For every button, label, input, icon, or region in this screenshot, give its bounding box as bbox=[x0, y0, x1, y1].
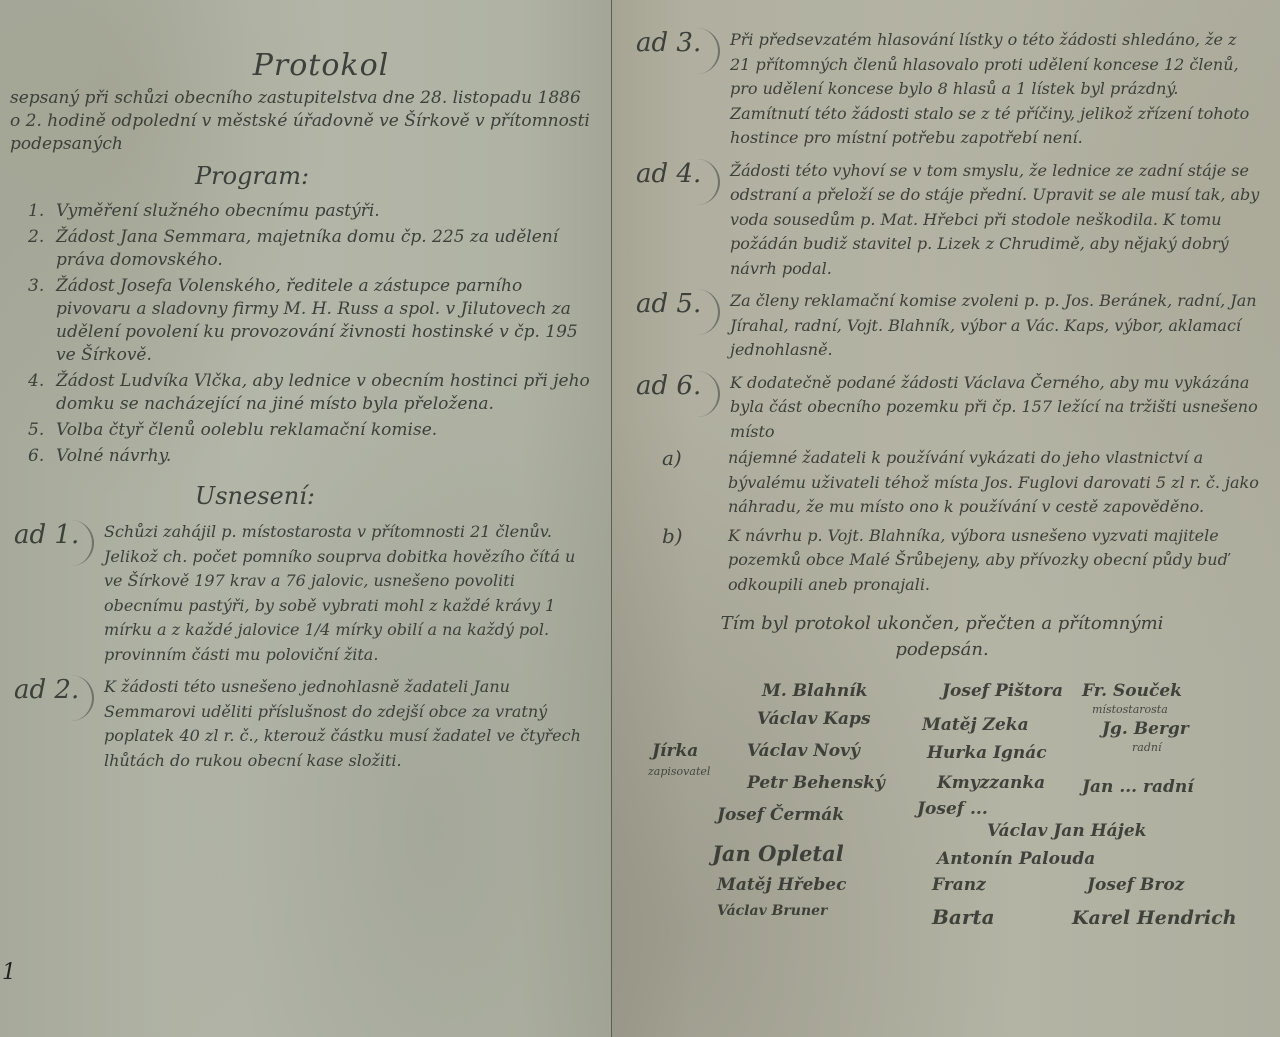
signature-role: radní bbox=[1132, 741, 1161, 754]
program-item-number: 6. bbox=[28, 445, 56, 468]
resolution-label: ad 4. bbox=[632, 159, 720, 205]
signature: Václav Nový bbox=[747, 741, 860, 761]
signature: Matěj Hřebec bbox=[717, 875, 846, 895]
signature: Petr Behenský bbox=[747, 773, 885, 793]
program-item: 6. Volné návrhy. bbox=[28, 445, 592, 468]
signature: Josef Broz bbox=[1087, 875, 1184, 895]
resolution-text: K dodatečně podané žádosti Václava Černé… bbox=[730, 371, 1260, 445]
resolution-ad-4: ad 4. Žádosti této vyhoví se v tom smysl… bbox=[632, 159, 1260, 282]
signature: Jan ... radní bbox=[1082, 777, 1194, 797]
right-page: ad 3. Při předsevzatém hlasování lístky … bbox=[612, 0, 1280, 1037]
resolution-sub-a: a) nájemné žadateli k používání vykázati… bbox=[632, 446, 1260, 520]
program-item: 1. Vyměření služného obecnímu pastýři. bbox=[28, 200, 592, 223]
closing-statement: Tím byl protokol ukončen, přečten a přít… bbox=[632, 611, 1172, 663]
program-item: 5. Volba čtyř členů ooleblu reklamační k… bbox=[28, 419, 592, 442]
document-title: Protokol bbox=[10, 48, 592, 83]
signature: Jírka bbox=[652, 741, 698, 761]
program-item-number: 2. bbox=[28, 226, 56, 272]
signature: Jg. Bergr bbox=[1102, 719, 1189, 739]
sub-label: a) bbox=[632, 446, 698, 520]
signature-block: M. Blahník Josef Pištora Fr. Souček míst… bbox=[632, 681, 1260, 941]
resolution-ad-1: ad 1. Schůzi zahájil p. místostarosta v … bbox=[10, 520, 592, 667]
left-page: Protokol sepsaný při schůzi obecního zas… bbox=[0, 0, 612, 1037]
program-item: 3. Žádost Josefa Volenského, ředitele a … bbox=[28, 275, 592, 367]
program-item: 4. Žádost Ludvíka Vlčka, aby lednice v o… bbox=[28, 370, 592, 416]
signature: Josef ... bbox=[917, 799, 988, 819]
resolution-label: ad 3. bbox=[632, 28, 720, 74]
resolution-text: Za členy reklamační komise zvoleni p. p.… bbox=[730, 289, 1260, 363]
resolution-ad-6: ad 6. K dodatečně podané žádosti Václava… bbox=[632, 371, 1260, 445]
sub-text: K návrhu p. Vojt. Blahníka, výbora usneš… bbox=[698, 524, 1260, 598]
program-item: 2. Žádost Jana Semmara, majetníka domu č… bbox=[28, 226, 592, 272]
resolutions-heading: Usnesení: bbox=[10, 482, 592, 510]
signature: Kmyzzanka bbox=[937, 773, 1045, 793]
resolution-label: ad 6. bbox=[632, 371, 720, 417]
signature: Josef Čermák bbox=[717, 805, 844, 825]
program-item-number: 4. bbox=[28, 370, 56, 416]
resolution-text: Schůzi zahájil p. místostarosta v přítom… bbox=[104, 520, 592, 667]
resolution-ad-5: ad 5. Za členy reklamační komise zvoleni… bbox=[632, 289, 1260, 363]
signature: Hurka Ignác bbox=[927, 743, 1047, 763]
resolution-sub-b: b) K návrhu p. Vojt. Blahníka, výbora us… bbox=[632, 524, 1260, 598]
signature: Karel Hendrich bbox=[1072, 907, 1237, 929]
signature: Václav Jan Hájek bbox=[987, 821, 1146, 841]
program-item-number: 3. bbox=[28, 275, 56, 367]
intro-paragraph: sepsaný při schůzi obecního zastupitelst… bbox=[10, 87, 592, 156]
program-item-text: Vyměření služného obecnímu pastýři. bbox=[56, 200, 380, 223]
signature: Václav Bruner bbox=[717, 903, 827, 919]
program-item-number: 1. bbox=[28, 200, 56, 223]
signature-role: zapisovatel bbox=[648, 765, 710, 778]
resolution-label: ad 2. bbox=[10, 675, 94, 721]
resolution-ad-2: ad 2. K žádosti této usnešeno jednohlasn… bbox=[10, 675, 592, 773]
sub-label: b) bbox=[632, 524, 698, 598]
program-item-text: Volba čtyř členů ooleblu reklamační komi… bbox=[56, 419, 437, 442]
signature-role: místostarosta bbox=[1092, 703, 1168, 716]
document-spread: Protokol sepsaný při schůzi obecního zas… bbox=[0, 0, 1280, 1037]
resolution-label: ad 1. bbox=[10, 520, 94, 566]
signature: Franz bbox=[932, 875, 986, 895]
resolution-ad-3: ad 3. Při předsevzatém hlasování lístky … bbox=[632, 28, 1260, 151]
program-item-text: Žádost Josefa Volenského, ředitele a zás… bbox=[56, 275, 592, 367]
signature: Jan Opletal bbox=[712, 841, 844, 866]
resolution-label: ad 5. bbox=[632, 289, 720, 335]
margin-mark: 1 bbox=[2, 960, 16, 985]
resolution-text: Při předsevzatém hlasování lístky o této… bbox=[730, 28, 1260, 151]
signature: Fr. Souček bbox=[1082, 681, 1182, 701]
signature: Antonín Palouda bbox=[937, 849, 1095, 869]
signature: Barta bbox=[932, 905, 995, 929]
program-heading: Program: bbox=[10, 162, 592, 190]
sub-text: nájemné žadateli k používání vykázati do… bbox=[698, 446, 1260, 520]
signature: Josef Pištora bbox=[942, 681, 1063, 701]
signature: Matěj Zeka bbox=[922, 715, 1029, 735]
program-item-text: Žádost Jana Semmara, majetníka domu čp. … bbox=[56, 226, 592, 272]
program-list: 1. Vyměření služného obecnímu pastýři. 2… bbox=[10, 200, 592, 468]
resolution-text: Žádosti této vyhoví se v tom smyslu, že … bbox=[730, 159, 1260, 282]
signature: M. Blahník bbox=[762, 681, 867, 701]
signature: Václav Kaps bbox=[757, 709, 871, 729]
program-item-text: Volné návrhy. bbox=[56, 445, 171, 468]
program-item-text: Žádost Ludvíka Vlčka, aby lednice v obec… bbox=[56, 370, 592, 416]
resolution-text: K žádosti této usnešeno jednohlasně žada… bbox=[104, 675, 592, 773]
program-item-number: 5. bbox=[28, 419, 56, 442]
